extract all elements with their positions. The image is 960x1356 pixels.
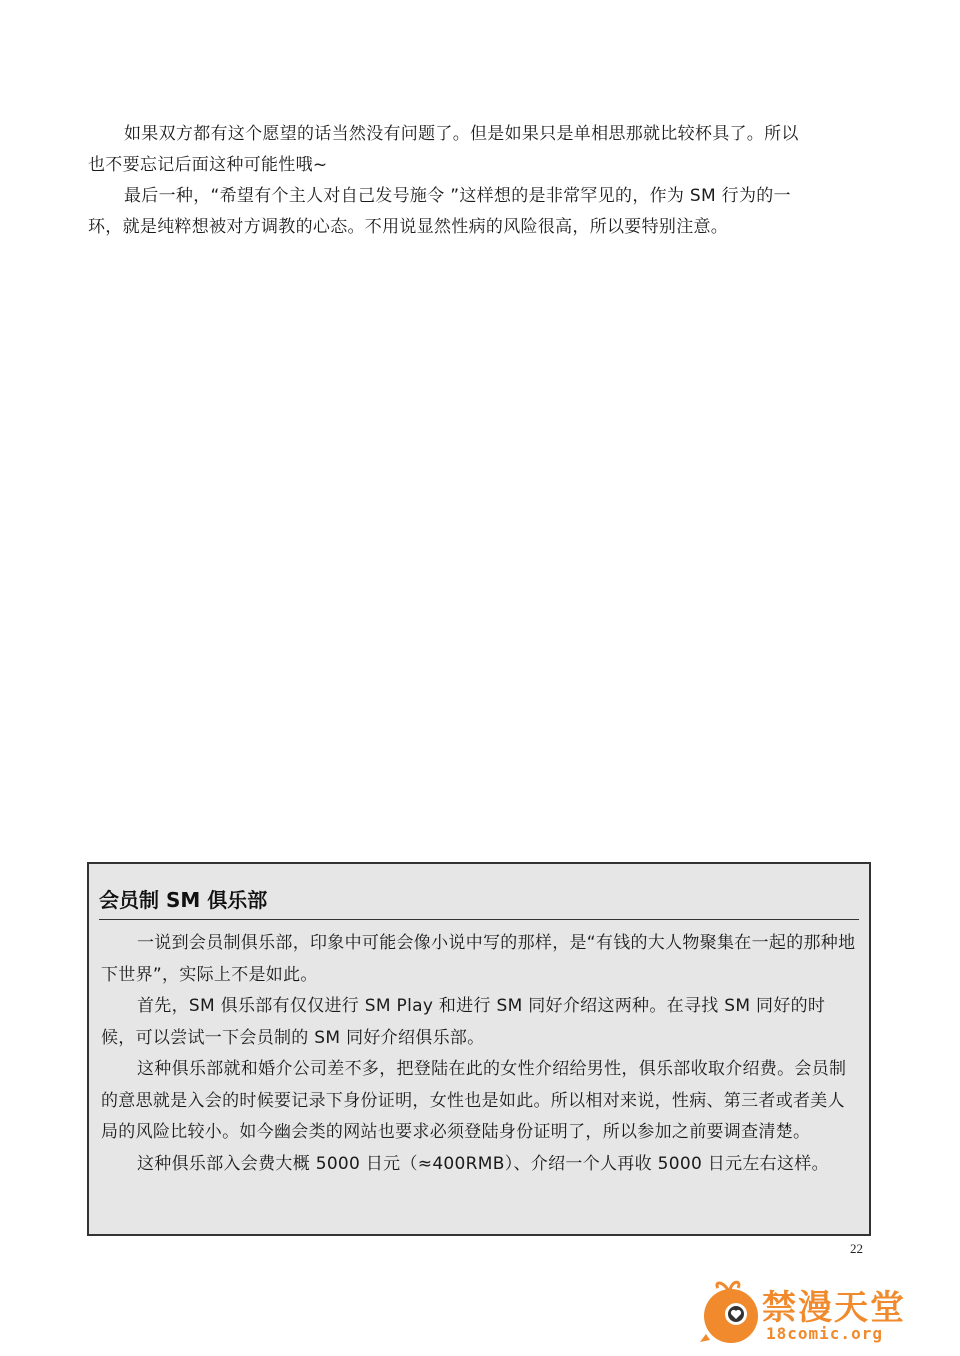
sidebox-title: 会员制 SM 俱乐部 — [99, 884, 267, 913]
orange-fish-heart-icon — [698, 1276, 764, 1348]
sidebox-paragraph: 这种俱乐部入会费大概 5000 日元（≈400RMB）、介绍一个人再收 5000… — [101, 1149, 859, 1181]
watermark-url: 18comic.org — [766, 1324, 883, 1343]
sidebox-body: 一说到会员制俱乐部，印象中可能会像小说中写的那样，是“有钱的大人物聚集在一起的那… — [101, 928, 859, 1180]
page-number: 22 — [850, 1241, 863, 1257]
sidebox-paragraph: 首先，SM 俱乐部有仅仅进行 SM Play 和进行 SM 同好介绍这两种。在寻… — [101, 991, 859, 1054]
paragraph-2-line-2: 环，就是纯粹想被对方调教的心态。不用说显然性病的风险很高，所以要特别注意。 — [88, 212, 874, 243]
watermark-logo: 禁漫天堂 18comic.org — [698, 1276, 920, 1348]
sidebar-box-membership-club: 会员制 SM 俱乐部 一说到会员制俱乐部，印象中可能会像小说中写的那样，是“有钱… — [87, 862, 871, 1236]
watermark-name: 禁漫天堂 — [762, 1280, 906, 1329]
sidebox-paragraph: 这种俱乐部就和婚介公司差不多，把登陆在此的女性介绍给男性，俱乐部收取介绍费。会员… — [101, 1054, 859, 1149]
main-text: 如果双方都有这个愿望的话当然没有问题了。但是如果只是单相思那就比较杯具了。所以 … — [88, 119, 874, 243]
sidebox-paragraph: 一说到会员制俱乐部，印象中可能会像小说中写的那样，是“有钱的大人物聚集在一起的那… — [101, 928, 859, 991]
title-divider — [99, 919, 859, 920]
paragraph-1-line-1: 如果双方都有这个愿望的话当然没有问题了。但是如果只是单相思那就比较杯具了。所以 — [88, 119, 874, 150]
paragraph-2-line-1: 最后一种，“希望有个主人对自己发号施令 ”这样想的是非常罕见的，作为 SM 行为… — [88, 181, 874, 212]
paragraph-1-line-2: 也不要忘记后面这种可能性哦~ — [88, 150, 874, 181]
